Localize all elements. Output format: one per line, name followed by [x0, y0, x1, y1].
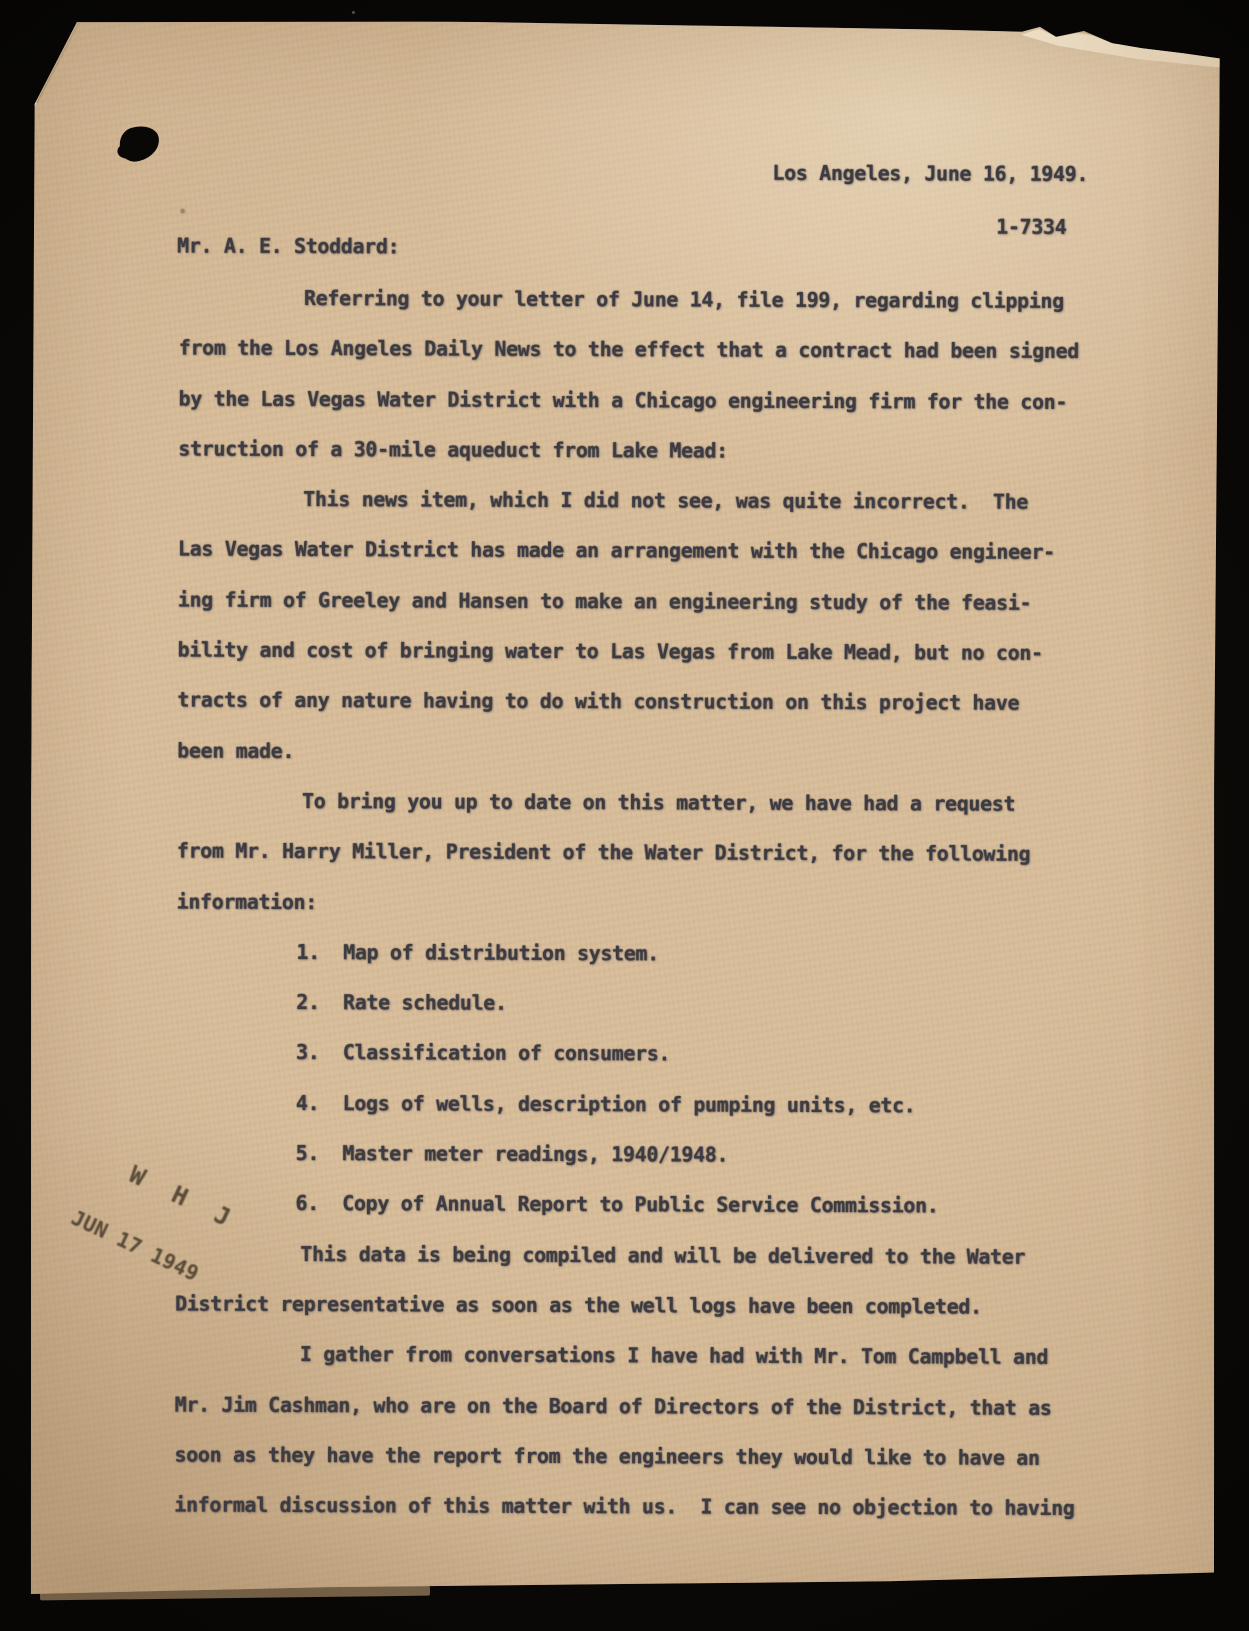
letter-line: from Mr. Harry Miller, President of the …: [177, 826, 1127, 880]
letter-line: Referring to your letter of June 14, fil…: [179, 273, 1129, 327]
letter-line: I gather from conversations I have had w…: [175, 1329, 1125, 1383]
list-item: 4. Logs of wells, description of pumping…: [176, 1077, 1126, 1131]
letter-body: Referring to your letter of June 14, fil…: [174, 273, 1129, 1534]
list-item: 1. Map of distribution system.: [176, 926, 1126, 980]
letter-line: tracts of any nature having to do with c…: [177, 675, 1127, 729]
letter-line: bility and cost of bringing water to Las…: [177, 625, 1127, 679]
dust-speck: [352, 11, 355, 14]
letter-line: ing firm of Greeley and Hansen to make a…: [178, 574, 1128, 628]
fold-crease-line: [36, 20, 80, 103]
letter-line: This data is being compiled and will be …: [175, 1228, 1125, 1282]
letter-line: information:: [177, 876, 1127, 930]
scan-background: Los Angeles, June 16, 1949. 1-7334 Mr. A…: [0, 0, 1249, 1631]
torn-edge: [1019, 24, 1220, 71]
list-item: 5. Master meter readings, 1940/1948.: [176, 1128, 1126, 1182]
letter-line: District representative as soon as the w…: [175, 1278, 1125, 1332]
letter-line: by the Las Vegas Water District with a C…: [178, 373, 1128, 427]
letter-line: struction of a 30-mile aqueduct from Lak…: [178, 423, 1128, 477]
letter-paper: Los Angeles, June 16, 1949. 1-7334 Mr. A…: [28, 20, 1220, 1601]
letter-line: informal discussion of this matter with …: [174, 1480, 1124, 1534]
file-number: 1-7334: [996, 202, 1066, 253]
list-item: 6. Copy of Annual Report to Public Servi…: [175, 1178, 1125, 1232]
salutation: Mr. A. E. Stoddard:: [177, 221, 399, 272]
letter-line: This news item, which I did not see, was…: [178, 474, 1128, 528]
letter-line: been made.: [177, 725, 1127, 779]
ink-speck: [180, 209, 185, 214]
letter-line: To bring you up to date on this matter, …: [177, 776, 1127, 830]
letter-line: Las Vegas Water District has made an arr…: [178, 524, 1128, 578]
list-item: 2. Rate schedule.: [176, 977, 1126, 1031]
dateline: Los Angeles, June 16, 1949.: [772, 148, 1088, 200]
letter-line: soon as they have the report from the en…: [174, 1429, 1124, 1483]
folded-corner: [34, 20, 106, 120]
list-item: 3. Classification of consumers.: [176, 1027, 1126, 1081]
letter-line: from the Los Angeles Daily News to the e…: [179, 323, 1129, 377]
stamp-initials: W H J: [125, 1161, 242, 1234]
letter-line: Mr. Jim Cashman, who are on the Board of…: [175, 1379, 1125, 1433]
